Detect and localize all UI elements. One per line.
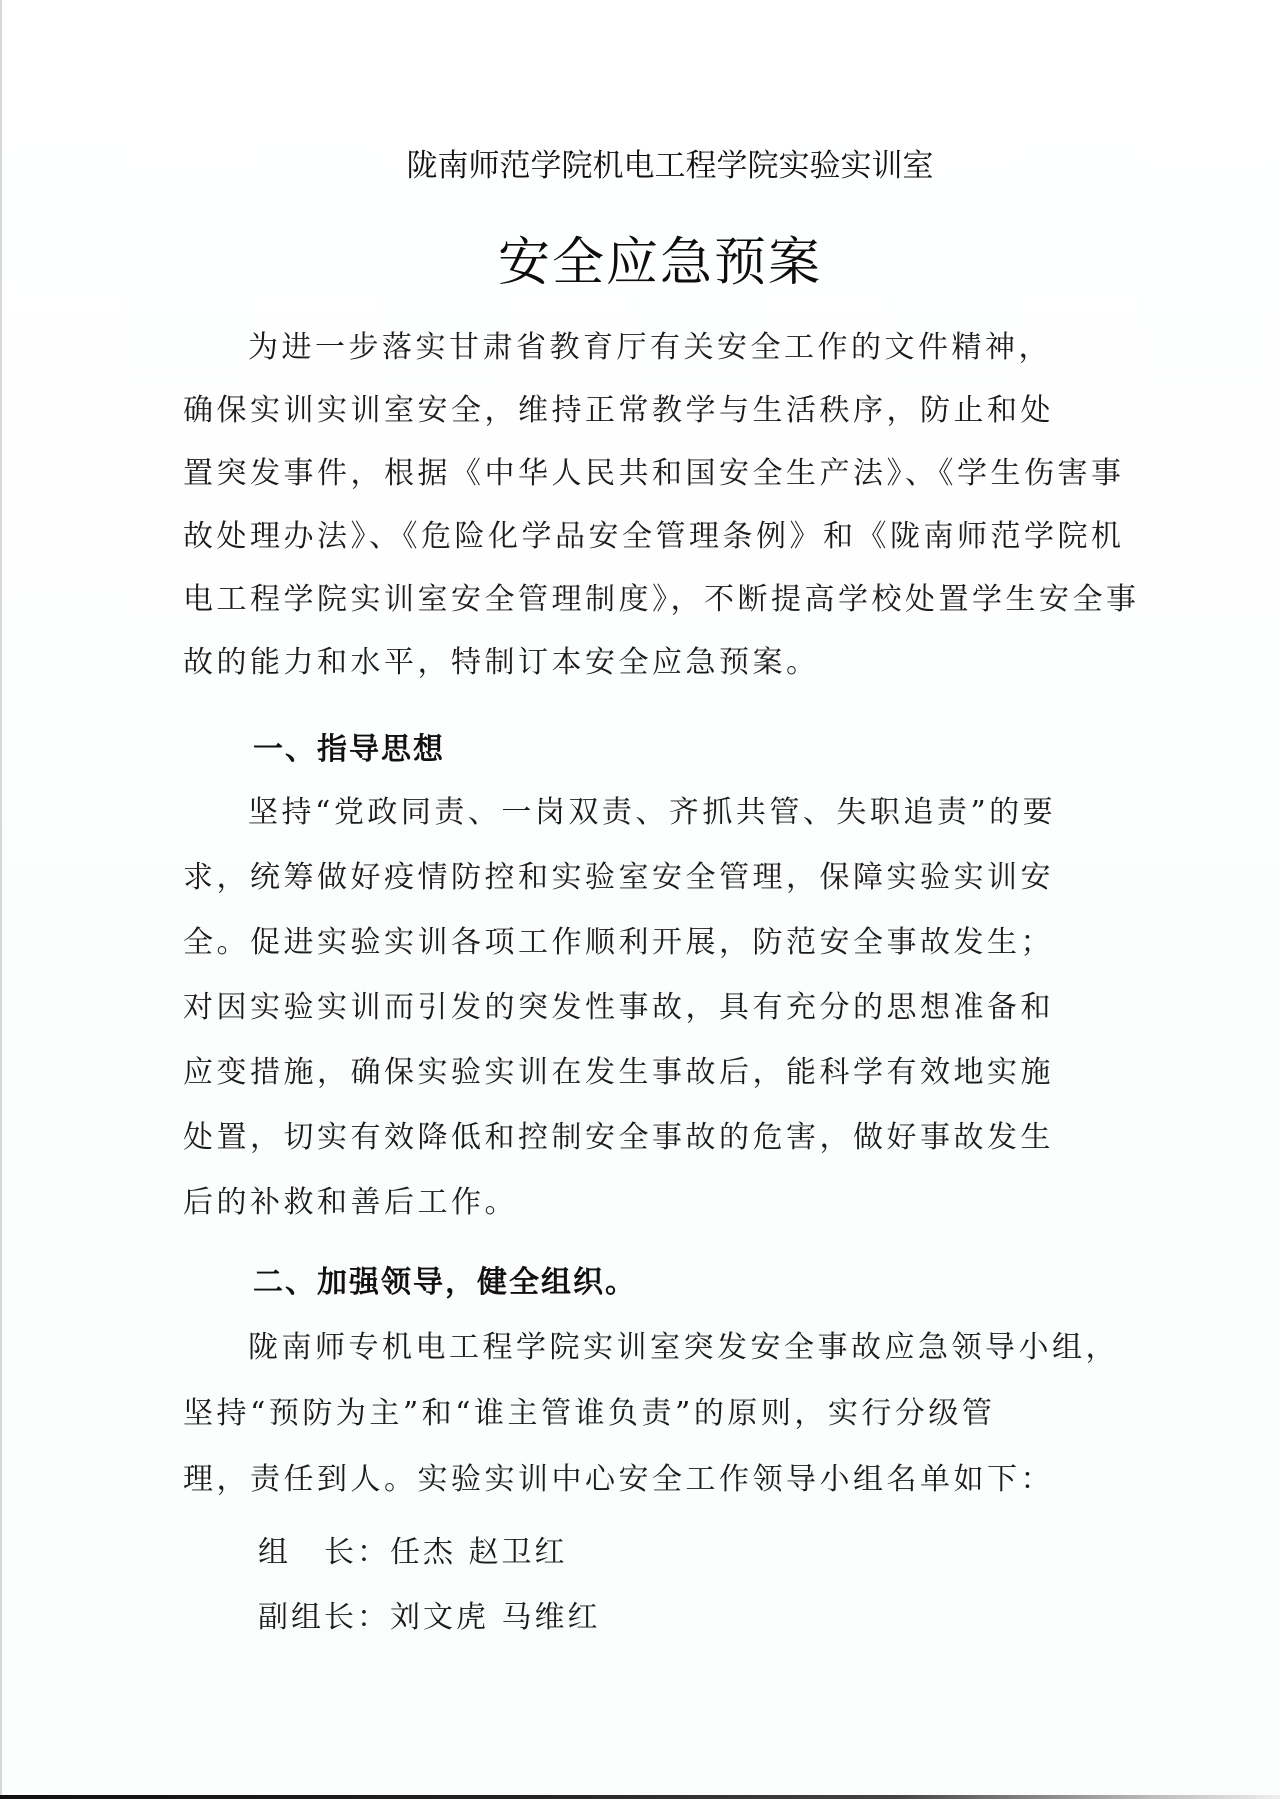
roster-names: 刘文虎 马维红	[390, 1592, 601, 1636]
section-line: 应变措施，确保实验实训在发生事故后，能科学有效地实施	[183, 1047, 1083, 1091]
intro-line: 电工程学院实训室安全管理制度》，不断提高学校处置学生安全事	[183, 574, 1083, 618]
intro-line: 确保实训实训室安全，维持正常教学与生活秩序，防止和处	[183, 385, 1083, 429]
intro-line: 置突发事件，根据《中华人民共和国安全生产法》、《学生伤害事	[183, 448, 1083, 492]
section-line: 求，统筹做好疫情防控和实验室安全管理，保障实验实训安	[183, 852, 1083, 896]
section-line: 理，责任到人。实验实训中心安全工作领导小组名单如下：	[183, 1454, 1083, 1498]
intro-line: 故的能力和水平，特制订本安全应急预案。	[183, 637, 1083, 681]
section-line: 全。促进实验实训各项工作顺利开展，防范安全事故发生；	[183, 917, 1083, 961]
section-heading-guiding-ideology: 一、指导思想	[253, 724, 445, 768]
roster-role: 副组长：	[258, 1592, 390, 1636]
roster-role: 组 长：	[258, 1527, 390, 1571]
section-line: 后的补救和善后工作。	[183, 1177, 1083, 1221]
intro-line: 为进一步落实甘肃省教育厅有关安全工作的文件精神，	[248, 322, 1148, 366]
roster-names: 任杰 赵卫红	[390, 1527, 568, 1571]
section-heading-leadership: 二、加强领导，健全组织。	[253, 1257, 637, 1301]
intro-line: 故处理办法》、《危险化学品安全管理条例》和《陇南师范学院机	[183, 511, 1083, 555]
document-subtitle: 陇南师范学院机电工程学院实验实训室	[0, 140, 1280, 185]
roster-deputy-leader: 副组长：刘文虎 马维红	[258, 1592, 601, 1636]
section-line: 对因实验实训而引发的突发性事故，具有充分的思想准备和	[183, 982, 1083, 1026]
roster-leader: 组 长：任杰 赵卫红	[258, 1527, 568, 1571]
section-line: 处置，切实有效降低和控制安全事故的危害，做好事故发生	[183, 1112, 1083, 1156]
section-line: 坚持“预防为主”和“谁主管谁负责”的原则，实行分级管	[183, 1388, 1083, 1432]
section-line: 陇南师专机电工程学院实训室突发安全事故应急领导小组，	[248, 1322, 1148, 1366]
scan-bottom-edge	[0, 1795, 1280, 1799]
section-line: 坚持“党政同责、一岗双责、齐抓共管、失职追责”的要	[248, 787, 1148, 831]
document-title: 安全应急预案	[0, 220, 1280, 295]
document-page: 陇南师范学院机电工程学院实验实训室 安全应急预案 为进一步落实甘肃省教育厅有关安…	[0, 0, 1280, 1799]
